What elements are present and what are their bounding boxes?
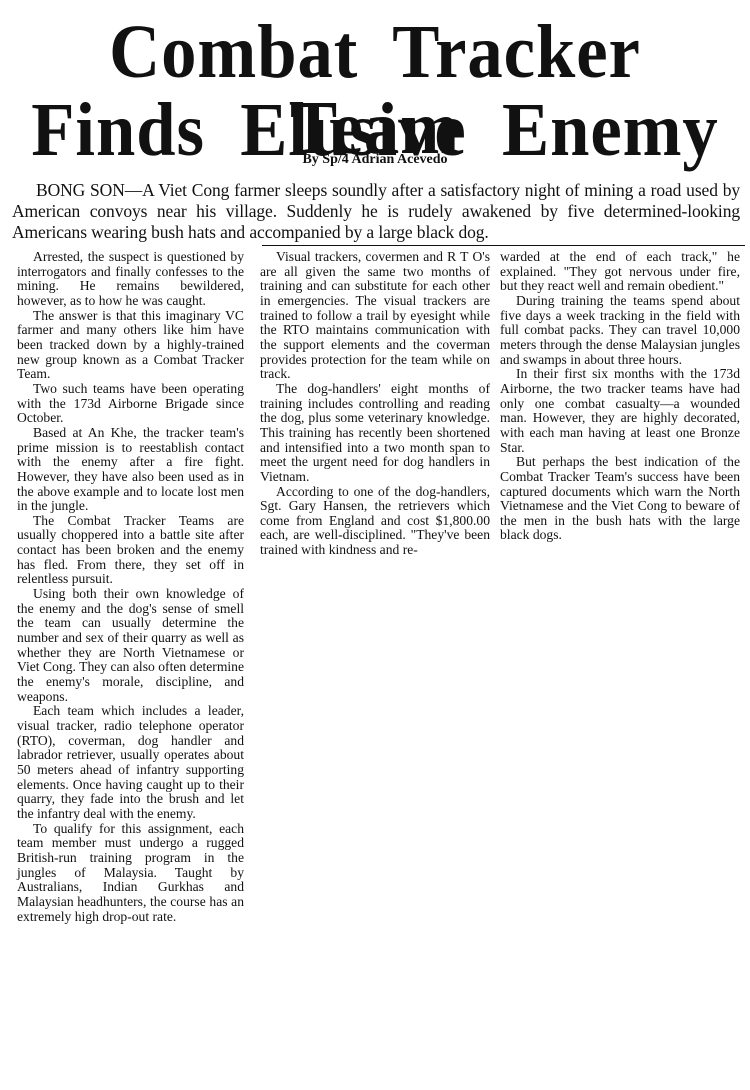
byline: By Sp/4 Adrian Acevedo (0, 152, 750, 168)
section-rule (262, 245, 745, 246)
paragraph: The Combat Tracker Teams are usually cho… (17, 514, 244, 587)
paragraph: Two such teams have been operating with … (17, 382, 244, 426)
paragraph: In their first six months with the 173d … (500, 367, 740, 455)
paragraph: Using both their own knowledge of the en… (17, 587, 244, 704)
paragraph: The dog-handlers' eight months of traini… (260, 382, 490, 485)
column-2: Visual trackers, covermen and R T O's ar… (260, 250, 490, 558)
paragraph: But perhaps the best indication of the C… (500, 455, 740, 543)
column-3: warded at the end of each track," he exp… (500, 250, 740, 543)
lede-paragraph: BONG SON—A Viet Cong farmer sleeps sound… (12, 180, 740, 243)
paragraph: Each team which includes a leader, visua… (17, 704, 244, 821)
paragraph: Visual trackers, covermen and R T O's ar… (260, 250, 490, 382)
column-1: Arrested, the suspect is questioned by i… (17, 250, 244, 924)
paragraph: Arrested, the suspect is questioned by i… (17, 250, 244, 309)
paragraph: The answer is that this imaginary VC far… (17, 309, 244, 382)
paragraph-continued: warded at the end of each track," he exp… (500, 250, 740, 294)
paragraph: Based at An Khe, the tracker team's prim… (17, 426, 244, 514)
paragraph: To qualify for this assignment, each tea… (17, 822, 244, 925)
paragraph: According to one of the dog-handlers, Sg… (260, 485, 490, 558)
paragraph: During training the teams spend about fi… (500, 294, 740, 367)
